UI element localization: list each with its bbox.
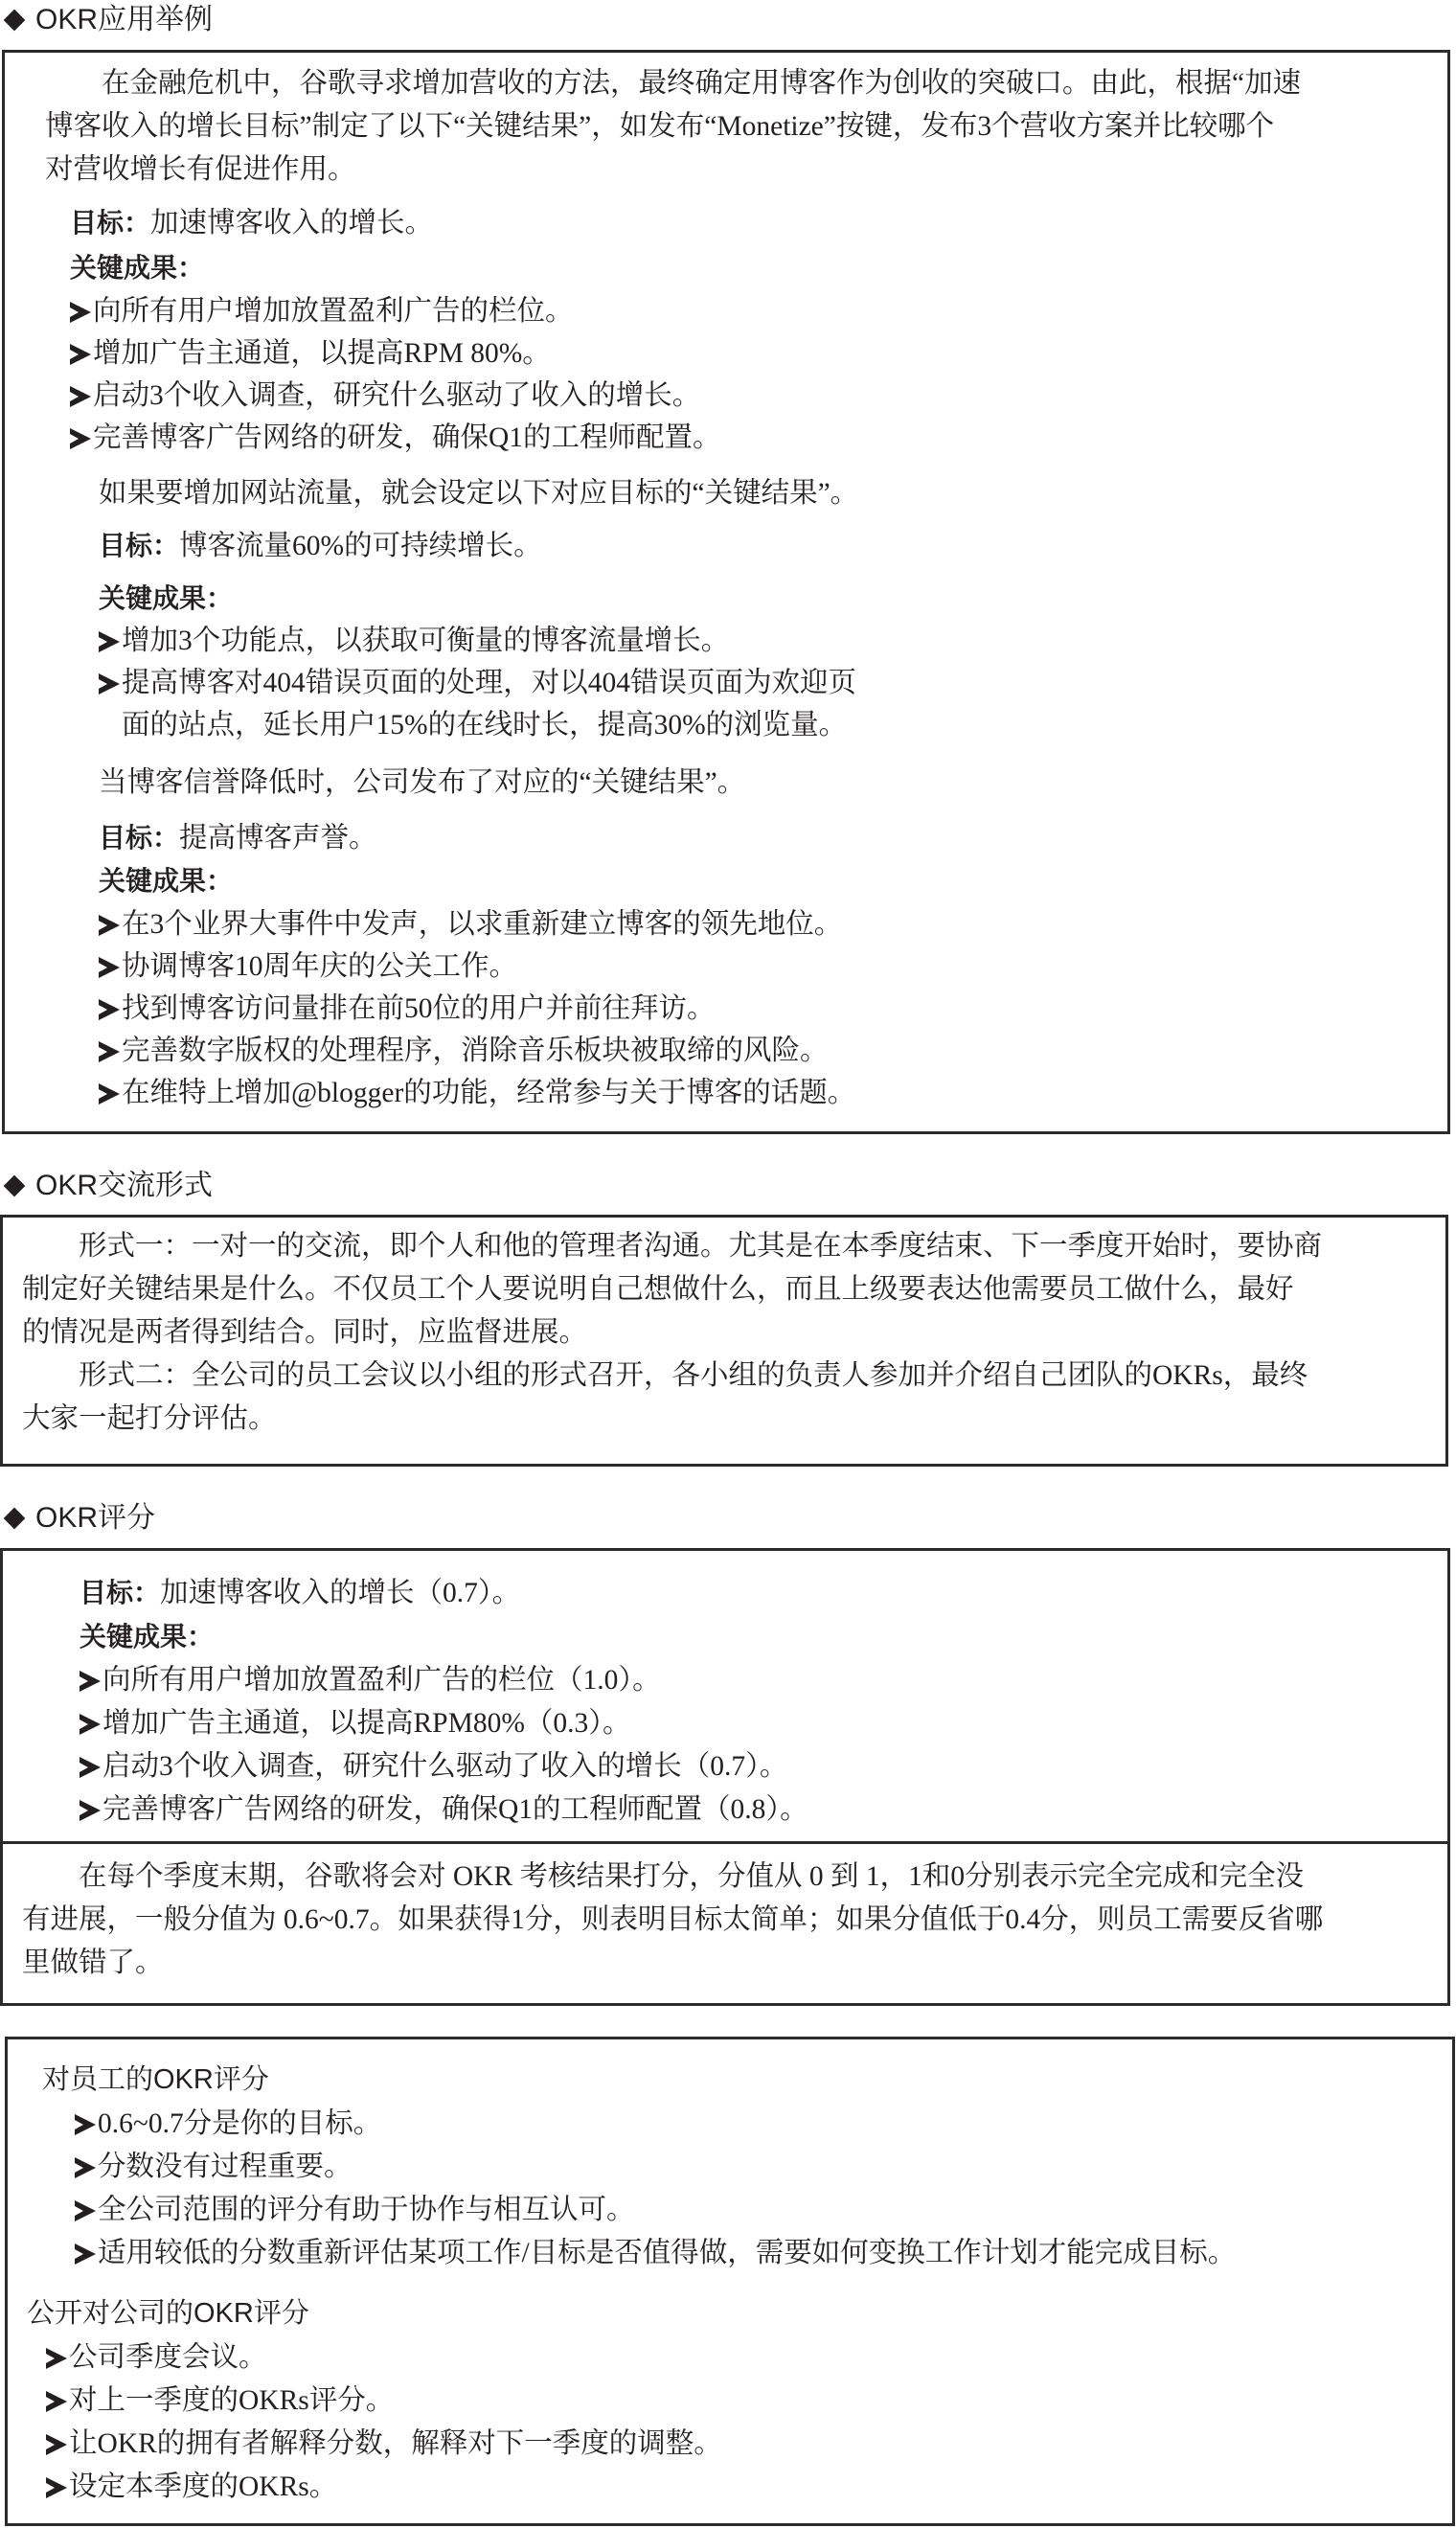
diamond-bullet-icon: [4, 10, 26, 32]
key-result-text: 增加广告主通道，以提高RPM 80%。: [93, 338, 551, 369]
arrowhead-bullet-icon: [46, 2391, 67, 2412]
key-result-text: 协调博客10周年庆的公关工作。: [122, 951, 517, 982]
box-divider: [3, 1841, 1447, 1844]
objective-text: 加速博客收入的增长。: [150, 208, 433, 239]
company-scoring-item: 让OKR的拥有者解释分数，解释对下一季度的调整。: [46, 2425, 722, 2463]
intro-line: 在金融危机中，谷歌寻求增加营收的方法，最终确定用博客作为创收的突破口。由此，根据…: [45, 62, 1415, 105]
arrowhead-bullet-icon: [75, 2157, 96, 2178]
arrowhead-bullet-icon: [70, 344, 91, 365]
objective-label: 目标：: [99, 531, 179, 560]
okr-examples-box: 在金融危机中，谷歌寻求增加营收的方法，最终确定用博客作为创收的突破口。由此，根据…: [2, 50, 1450, 1134]
key-result-text: 启动3个收入调查，研究什么驱动了收入的增长。: [93, 380, 700, 411]
item-text: 适用较低的分数重新评估某项工作/目标是否值得做，需要如何变换工作计划才能完成目标…: [98, 2238, 1236, 2268]
okr-scoring-box: 目标：加速博客收入的增长（0.7）。 关键成果： 向所有用户增加放置盈利广告的栏…: [0, 1548, 1450, 2006]
paragraph-line: 的情况是两者得到结合。同时，应监督进展。: [22, 1311, 1430, 1355]
objective-line: 目标：加速博客收入的增长（0.7）。: [80, 1574, 520, 1612]
arrowhead-bullet-icon: [70, 386, 91, 407]
key-result-text: 在维特上增加@blogger的功能，经常参与关于博客的话题。: [122, 1078, 855, 1108]
arrowhead-bullet-icon: [99, 673, 120, 695]
objective-label: 目标：: [99, 823, 179, 853]
paragraph-line: 形式一：一对一的交流，即个人和他的管理者沟通。尤其是在本季度结束、下一季度开始时…: [22, 1225, 1430, 1268]
key-result-text: 提高博客对404错误页面的处理，对以404错误页面为欢迎页: [122, 668, 856, 698]
arrowhead-bullet-icon: [99, 915, 120, 936]
paragraph-line: 大家一起打分评估。: [22, 1398, 1430, 1441]
section-title: OKR应用举例: [35, 4, 213, 36]
key-result-item: 完善博客广告网络的研发，确保Q1的工程师配置。: [70, 419, 721, 457]
item-text: 对上一季度的OKRs评分。: [69, 2385, 394, 2416]
arrowhead-bullet-icon: [80, 1757, 101, 1778]
objective-text: 提高博客声誉。: [179, 823, 377, 854]
key-result-item: 找到博客访问量排在前50位的用户并前往拜访。: [99, 990, 716, 1028]
item-text: 公司季度会议。: [69, 2342, 267, 2373]
section-title: OKR交流形式: [35, 1170, 213, 1202]
item-text: 设定本季度的OKRs。: [69, 2471, 337, 2502]
key-result-item: 增加3个功能点，以获取可衡量的博客流量增长。: [99, 622, 729, 660]
company-scoring-item: 设定本季度的OKRs。: [46, 2468, 337, 2506]
objective-line: 目标：提高博客声誉。: [99, 819, 377, 857]
okr-scoring-guidelines-box: 对员工的OKR评分 0.6~0.7分是你的目标。 分数没有过程重要。 全公司范围…: [5, 2037, 1455, 2526]
company-scoring-heading: 公开对公司的OKR评分: [27, 2294, 309, 2333]
okr-communication-box: 形式一：一对一的交流，即个人和他的管理者沟通。尤其是在本季度结束、下一季度开始时…: [0, 1215, 1448, 1467]
arrowhead-bullet-icon: [99, 957, 120, 978]
key-result-item: 完善数字版权的处理程序，消除音乐板块被取缔的风险。: [99, 1032, 829, 1070]
paragraph-line: 制定好关键结果是什么。不仅员工个人要说明自己想做什么，而且上级要表达他需要员工做…: [22, 1268, 1430, 1311]
item-text: 让OKR的拥有者解释分数，解释对下一季度的调整。: [69, 2428, 722, 2459]
arrowhead-bullet-icon: [99, 1041, 120, 1062]
key-result-text: 向所有用户增加放置盈利广告的栏位。: [93, 296, 574, 327]
diamond-bullet-icon: [4, 1175, 26, 1197]
lead-text: 当博客信誉降低时，公司发布了对应的“关键结果”。: [99, 763, 745, 802]
item-text: 0.6~0.7分是你的目标。: [98, 2108, 381, 2139]
employee-scoring-item: 适用较低的分数重新评估某项工作/目标是否值得做，需要如何变换工作计划才能完成目标…: [75, 2234, 1236, 2272]
scored-key-result-item: 启动3个收入调查，研究什么驱动了收入的增长（0.7）。: [80, 1747, 787, 1786]
note-line: 里做错了。: [22, 1942, 1430, 1985]
key-results-label: 关键成果：: [70, 249, 204, 287]
key-result-item: 协调博客10周年庆的公关工作。: [99, 947, 517, 986]
arrowhead-bullet-icon: [46, 2477, 67, 2498]
key-result-text: 完善博客广告网络的研发，确保Q1的工程师配置（0.8）。: [102, 1794, 808, 1825]
company-scoring-item: 对上一季度的OKRs评分。: [46, 2381, 394, 2420]
note-line: 在每个季度末期，谷歌将会对 OKR 考核结果打分，分值从 0 到 1，1和0分别…: [22, 1856, 1430, 1899]
objective-label: 目标：: [70, 208, 150, 238]
communication-paragraph: 形式一：一对一的交流，即个人和他的管理者沟通。尤其是在本季度结束、下一季度开始时…: [22, 1225, 1430, 1441]
item-text: 分数没有过程重要。: [98, 2152, 353, 2182]
employee-scoring-item: 全公司范围的评分有助于协作与相互认可。: [75, 2191, 635, 2229]
objective-line: 目标：博客流量60%的可持续增长。: [99, 527, 542, 565]
arrowhead-bullet-icon: [80, 1800, 101, 1821]
employee-scoring-heading: 对员工的OKR评分: [42, 2061, 269, 2099]
key-result-text: 启动3个收入调查，研究什么驱动了收入的增长（0.7）。: [102, 1751, 787, 1782]
intro-paragraph: 在金融危机中，谷歌寻求增加营收的方法，最终确定用博客作为创收的突破口。由此，根据…: [45, 62, 1415, 192]
diamond-bullet-icon: [4, 1508, 26, 1530]
arrowhead-bullet-icon: [80, 1671, 101, 1692]
key-results-label: 关键成果：: [80, 1618, 214, 1656]
objective-text: 加速博客收入的增长（0.7）。: [160, 1578, 520, 1608]
intro-line: 对营收增长有促进作用。: [45, 148, 1415, 192]
scoring-note-paragraph: 在每个季度末期，谷歌将会对 OKR 考核结果打分，分值从 0 到 1，1和0分别…: [22, 1856, 1430, 1985]
key-result-item: 提高博客对404错误页面的处理，对以404错误页面为欢迎页: [99, 664, 856, 702]
arrowhead-bullet-icon: [99, 999, 120, 1020]
section-heading-okr-scoring: OKR评分: [4, 1502, 155, 1535]
arrowhead-bullet-icon: [70, 302, 91, 323]
key-result-text: 找到博客访问量排在前50位的用户并前往拜访。: [122, 993, 716, 1024]
employee-scoring-item: 分数没有过程重要。: [75, 2148, 353, 2186]
key-result-text: 完善数字版权的处理程序，消除音乐板块被取缔的风险。: [122, 1036, 829, 1066]
key-result-text: 完善博客广告网络的研发，确保Q1的工程师配置。: [93, 422, 721, 453]
arrowhead-bullet-icon: [99, 1083, 120, 1105]
section-title: OKR评分: [35, 1502, 155, 1535]
key-results-label: 关键成果：: [99, 580, 233, 618]
key-result-text: 在3个业界大事件中发声，以求重新建立博客的领先地位。: [122, 909, 842, 940]
lead-text: 如果要增加网站流量，就会设定以下对应目标的“关键结果”。: [99, 474, 858, 512]
arrowhead-bullet-icon: [80, 1714, 101, 1735]
item-text: 全公司范围的评分有助于协作与相互认可。: [98, 2195, 635, 2225]
key-result-text: 向所有用户增加放置盈利广告的栏位（1.0）。: [102, 1665, 661, 1696]
arrowhead-bullet-icon: [75, 2114, 96, 2135]
section-heading-okr-examples: OKR应用举例: [4, 4, 213, 36]
key-results-label: 关键成果：: [99, 862, 233, 900]
arrowhead-bullet-icon: [99, 631, 120, 652]
key-result-continuation: 面的站点，延长用户15%的在线时长，提高30%的浏览量。: [122, 706, 847, 744]
arrowhead-bullet-icon: [75, 2200, 96, 2221]
objective-line: 目标：加速博客收入的增长。: [70, 204, 433, 242]
arrowhead-bullet-icon: [75, 2243, 96, 2265]
company-scoring-item: 公司季度会议。: [46, 2338, 267, 2377]
objective-label: 目标：: [80, 1578, 160, 1607]
paragraph-line: 形式二：全公司的员工会议以小组的形式召开，各小组的负责人参加并介绍自己团队的OK…: [22, 1355, 1430, 1398]
key-result-text: 增加广告主通道，以提高RPM80%（0.3）。: [102, 1708, 631, 1739]
note-line: 有进展，一般分值为 0.6~0.7。如果获得1分，则表明目标太简单；如果分值低于…: [22, 1899, 1430, 1942]
employee-scoring-item: 0.6~0.7分是你的目标。: [75, 2105, 381, 2143]
key-result-item: 增加广告主通道，以提高RPM 80%。: [70, 334, 551, 373]
objective-text: 博客流量60%的可持续增长。: [179, 531, 542, 561]
intro-line: 博客收入的增长目标”制定了以下“关键结果”，如发布“Monetize”按键，发布…: [45, 105, 1415, 148]
scored-key-result-item: 向所有用户增加放置盈利广告的栏位（1.0）。: [80, 1661, 661, 1699]
section-heading-okr-communication: OKR交流形式: [4, 1170, 213, 1202]
arrowhead-bullet-icon: [46, 2434, 67, 2455]
key-result-item: 在维特上增加@blogger的功能，经常参与关于博客的话题。: [99, 1074, 855, 1112]
key-result-item: 向所有用户增加放置盈利广告的栏位。: [70, 292, 574, 330]
scored-key-result-item: 完善博客广告网络的研发，确保Q1的工程师配置（0.8）。: [80, 1790, 808, 1829]
key-result-item: 启动3个收入调查，研究什么驱动了收入的增长。: [70, 376, 700, 415]
arrowhead-bullet-icon: [70, 428, 91, 449]
key-result-text: 增加3个功能点，以获取可衡量的博客流量增长。: [122, 626, 729, 656]
scored-key-result-item: 增加广告主通道，以提高RPM80%（0.3）。: [80, 1704, 631, 1742]
arrowhead-bullet-icon: [46, 2348, 67, 2369]
key-result-item: 在3个业界大事件中发声，以求重新建立博客的领先地位。: [99, 905, 842, 944]
